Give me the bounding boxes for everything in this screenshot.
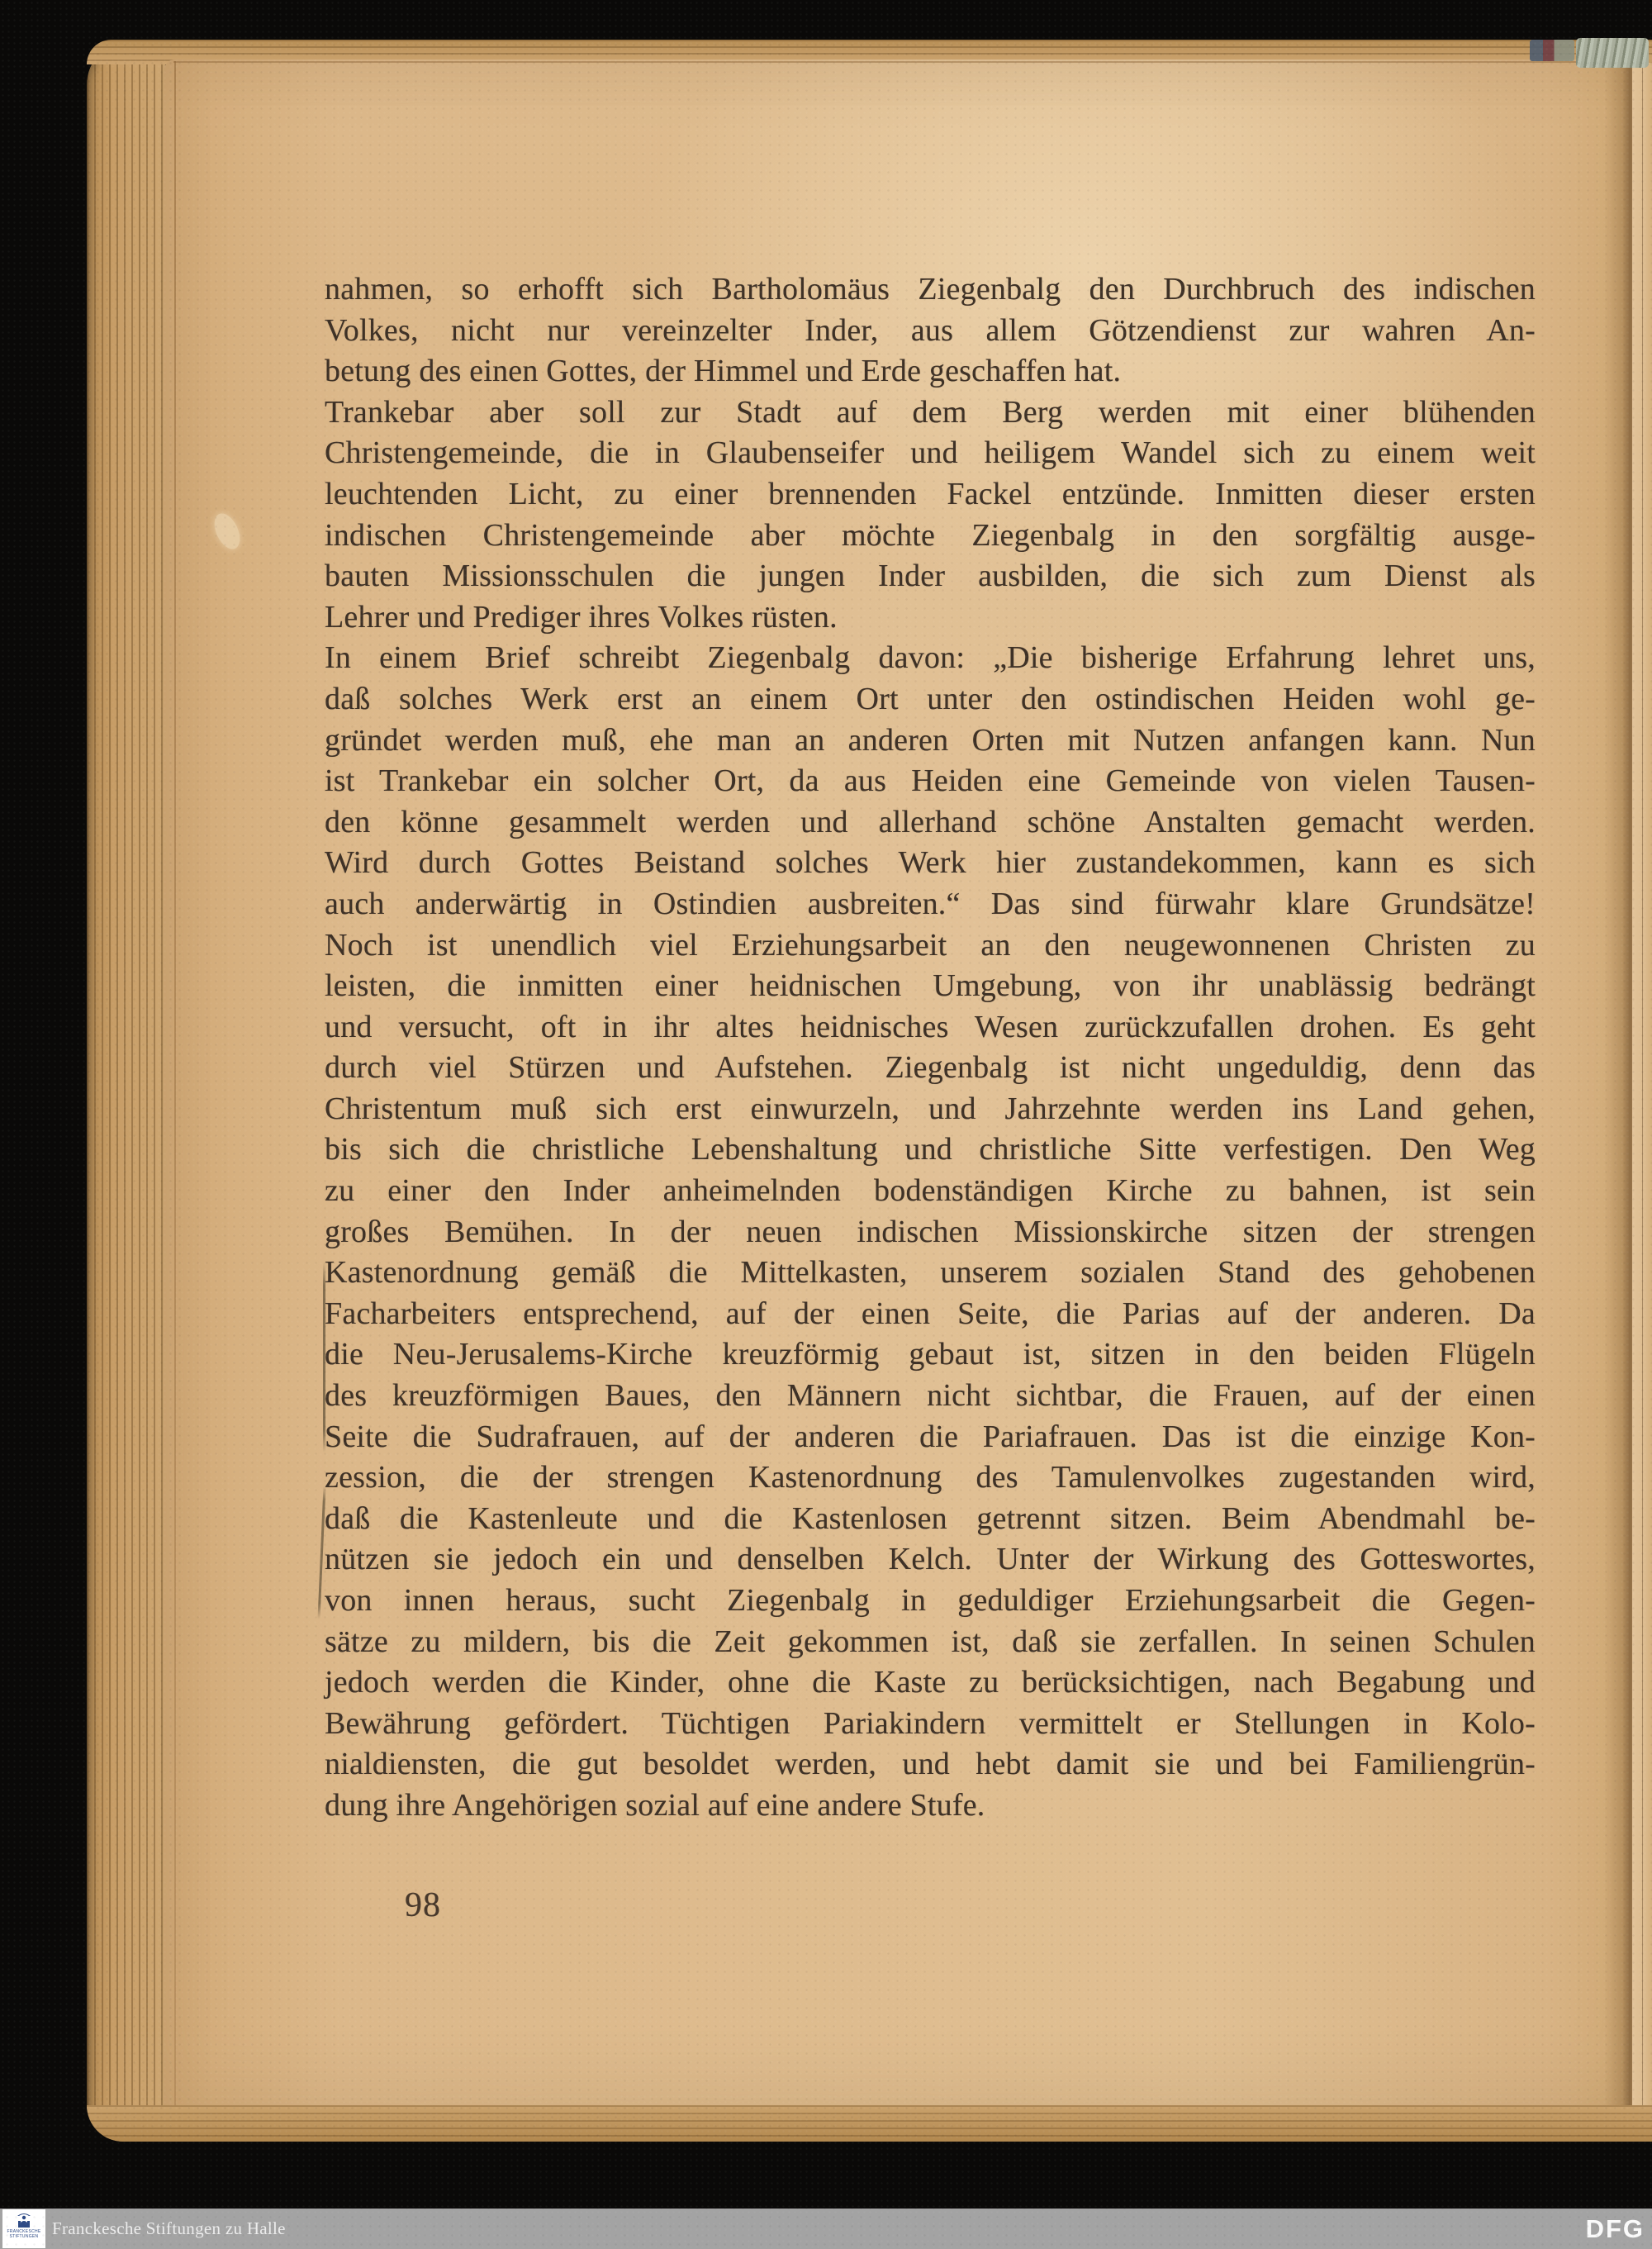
text-line: daß die Kastenleute und die Kastenlosen … bbox=[325, 1499, 1536, 1540]
franckesche-stiftungen-logo-icon bbox=[16, 2211, 32, 2229]
book-bottom-page-edge bbox=[87, 2105, 1652, 2142]
text-line: betung des einen Gottes, der Himmel und … bbox=[325, 351, 1536, 392]
text-line: dung ihre Angehörigen sozial auf eine an… bbox=[325, 1785, 1536, 1827]
text-line: Bewährung gefördert. Tüchtigen Pariakind… bbox=[325, 1704, 1536, 1745]
text-line: indischen Christengemeinde aber möchte Z… bbox=[325, 516, 1536, 557]
book-left-page-stack-edge bbox=[87, 40, 165, 2142]
dfg-logo: DFG bbox=[1586, 2209, 1645, 2249]
text-line: leuchtenden Licht, zu einer brennenden F… bbox=[325, 474, 1536, 516]
page-right-fold-strip bbox=[1631, 63, 1652, 2105]
binding-threads bbox=[1576, 38, 1649, 68]
text-line: bauten Missionsschulen die jungen Inder … bbox=[325, 556, 1536, 597]
text-line: die Neu-Jerusalems-Kirche kreuzförmig ge… bbox=[325, 1334, 1536, 1376]
page-number: 98 bbox=[405, 1885, 441, 1925]
text-line: von innen heraus, sucht Ziegenbalg in ge… bbox=[325, 1581, 1536, 1622]
text-line: daß solches Werk erst an einem Ort unter… bbox=[325, 679, 1536, 720]
viewer-footer-bar: FRANCKESCHE STIFTUNGEN Franckesche Stift… bbox=[0, 2209, 1652, 2249]
text-line: Wird durch Gottes Beistand solches Werk … bbox=[325, 843, 1536, 884]
text-line: Trankebar aber soll zur Stadt auf dem Be… bbox=[325, 392, 1536, 434]
text-line: auch anderwärtig in Ostindien ausbreiten… bbox=[325, 884, 1536, 925]
text-line: sätze zu mildern, bis die Zeit gekommen … bbox=[325, 1622, 1536, 1663]
text-line: und versucht, oft in ihr altes heidnisch… bbox=[325, 1007, 1536, 1048]
page-left-edge-line bbox=[174, 61, 176, 2105]
text-line: durch viel Stürzen und Aufstehen. Ziegen… bbox=[325, 1048, 1536, 1089]
binding-headband bbox=[1530, 40, 1574, 61]
text-line: nahmen, so erhofft sich Bartholomäus Zie… bbox=[325, 269, 1536, 311]
text-line: des kreuzförmigen Baues, den Männern nic… bbox=[325, 1376, 1536, 1417]
text-line: Lehrer und Prediger ihres Volkes rüsten. bbox=[325, 597, 1536, 639]
page-right-edge-line bbox=[1642, 63, 1643, 2105]
page-right-fold-shadow bbox=[1604, 63, 1631, 2105]
text-line: Volkes, nicht nur vereinzelter Inder, au… bbox=[325, 311, 1536, 352]
text-line: ist Trankebar ein solcher Ort, da aus He… bbox=[325, 761, 1536, 802]
text-line: zession, die der strengen Kastenordnung … bbox=[325, 1457, 1536, 1499]
text-line: Kastenordnung gemäß die Mittelkasten, un… bbox=[325, 1253, 1536, 1294]
logo-text-line2: STIFTUNGEN bbox=[10, 2234, 39, 2239]
page-top-edge-line bbox=[173, 61, 1644, 63]
text-line: großes Bemühen. In der neuen indischen M… bbox=[325, 1212, 1536, 1253]
text-line: bis sich die christliche Lebenshaltung u… bbox=[325, 1129, 1536, 1171]
text-line: Christentum muß sich erst einwurzeln, un… bbox=[325, 1089, 1536, 1130]
text-line: Christengemeinde, die in Glaubenseifer u… bbox=[325, 433, 1536, 474]
text-line: In einem Brief schreibt Ziegenbalg davon… bbox=[325, 638, 1536, 679]
page-text: nahmen, so erhofft sich Bartholomäus Zie… bbox=[325, 269, 1536, 1827]
franckesche-stiftungen-logo: FRANCKESCHE STIFTUNGEN bbox=[2, 2209, 45, 2248]
text-line: Seite die Sudrafrauen, auf der anderen d… bbox=[325, 1417, 1536, 1458]
text-line: gründet werden muß, ehe man an anderen O… bbox=[325, 720, 1536, 762]
text-line: Noch ist unendlich viel Erziehungsarbeit… bbox=[325, 925, 1536, 967]
margin-pencil-mark-1 bbox=[323, 1262, 325, 1453]
text-line: nialdiensten, die gut besoldet werden, u… bbox=[325, 1744, 1536, 1785]
text-line: jedoch werden die Kinder, ohne die Kaste… bbox=[325, 1662, 1536, 1704]
text-line: nützen sie jedoch ein und denselben Kelc… bbox=[325, 1539, 1536, 1581]
scanned-book-page-view: nahmen, so erhofft sich Bartholomäus Zie… bbox=[0, 0, 1652, 2249]
text-line: Facharbeiters entsprechend, auf der eine… bbox=[325, 1294, 1536, 1335]
text-line: den könne gesammelt werden und allerhand… bbox=[325, 802, 1536, 844]
text-line: zu einer den Inder anheimelnden bodenstä… bbox=[325, 1171, 1536, 1212]
footer-institution-label: Franckesche Stiftungen zu Halle bbox=[52, 2209, 286, 2249]
text-line: leisten, die inmitten einer heidnischen … bbox=[325, 966, 1536, 1007]
